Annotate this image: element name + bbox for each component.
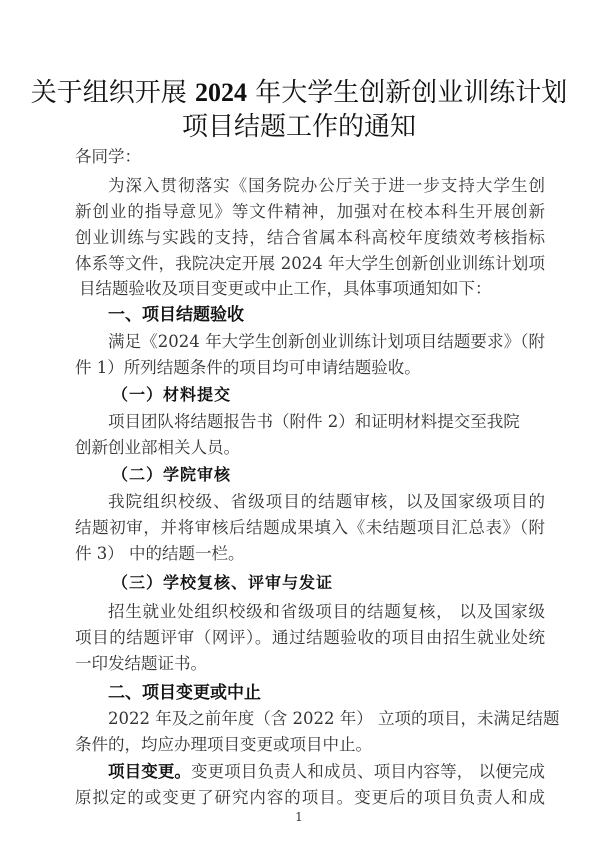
title-text: 关于组织开展 (31, 78, 195, 108)
subsection-heading-1: （一）材料提交 (112, 382, 231, 405)
intro-line: 体系等文件，我院决定开展 2024 年大学生创新创业训练计划项 (75, 250, 545, 274)
intro-line: 为深入贯彻落实《国务院办公厅关于进一步支持大学生创 (108, 172, 545, 196)
section-heading-2: 二、项目变更或中止 (108, 678, 261, 703)
change-paragraph-line: 原拟定的或变更了研究内容的项目。变更后的项目负责人和成 (75, 784, 545, 808)
sub1-line: 项目团队将结题报告书（附件 2）和证明材料提交至我院 (108, 408, 545, 432)
section2-line: 2022 年及之前年度（含 2022 年） 立项的项目，未满足结题 (108, 705, 545, 729)
page-number: 1 (0, 810, 598, 824)
document-page: 关于组织开展 2024 年大学生创新创业训练计划 项目结题工作的通知 各同学： … (0, 0, 598, 855)
salutation: 各同学： (75, 143, 545, 167)
title-year: 2024 (195, 78, 247, 107)
sub3-line: 招生就业处组织校级和省级项目的结题复核， 以及国家级 (108, 598, 545, 622)
change-text: 变更项目负责人和成员、项目内容等， 以便完成 (191, 762, 545, 781)
intro-line: 创业训练与实践的支持，结合省属本科高校年度绩效考核指标 (75, 224, 545, 248)
sub2-line: 我院组织校级、省级项目的结题审核，以及国家级项目的 (108, 488, 545, 512)
subsection-heading-3: （三）学校复核、评审与发证 (112, 570, 333, 593)
section-heading-1: 一、项目结题验收 (108, 300, 244, 325)
intro-line: 新创业的指导意见》等文件精神，加强对在校本科生开展创新 (75, 198, 545, 222)
intro-line: 目结题验收及项目变更或中止工作，具体事项通知如下： (79, 275, 549, 299)
sub3-line: 一印发结题证书。 (75, 650, 545, 674)
sub2-line: 件 3） 中的结题一栏。 (75, 540, 545, 564)
sub2-line: 结题初审，并将审核后结题成果填入《未结题项目汇总表》（附 (75, 514, 545, 538)
sub3-line: 项目的结题评审（网评）。通过结题验收的项目由招生就业处统 (75, 624, 545, 648)
title-text: 年大学生创新创业训练计划 (247, 78, 567, 108)
sub1-line: 创新创业部相关人员。 (75, 434, 545, 458)
document-title-line-1: 关于组织开展 2024 年大学生创新创业训练计划 (0, 72, 598, 109)
document-title-line-2: 项目结题工作的通知 (0, 106, 598, 143)
section2-line: 条件的，均应办理项目变更或项目中止。 (75, 731, 545, 755)
change-paragraph-line: 项目变更。变更项目负责人和成员、项目内容等， 以便完成 (108, 758, 545, 782)
subsection-heading-2: （二）学院审核 (112, 462, 231, 485)
change-label: 项目变更。 (108, 762, 191, 781)
section1-line: 件 1）所列结题条件的项目均可申请结题验收。 (75, 354, 545, 378)
section1-line: 满足《2024 年大学生创新创业训练计划项目结题要求》（附 (108, 328, 545, 352)
